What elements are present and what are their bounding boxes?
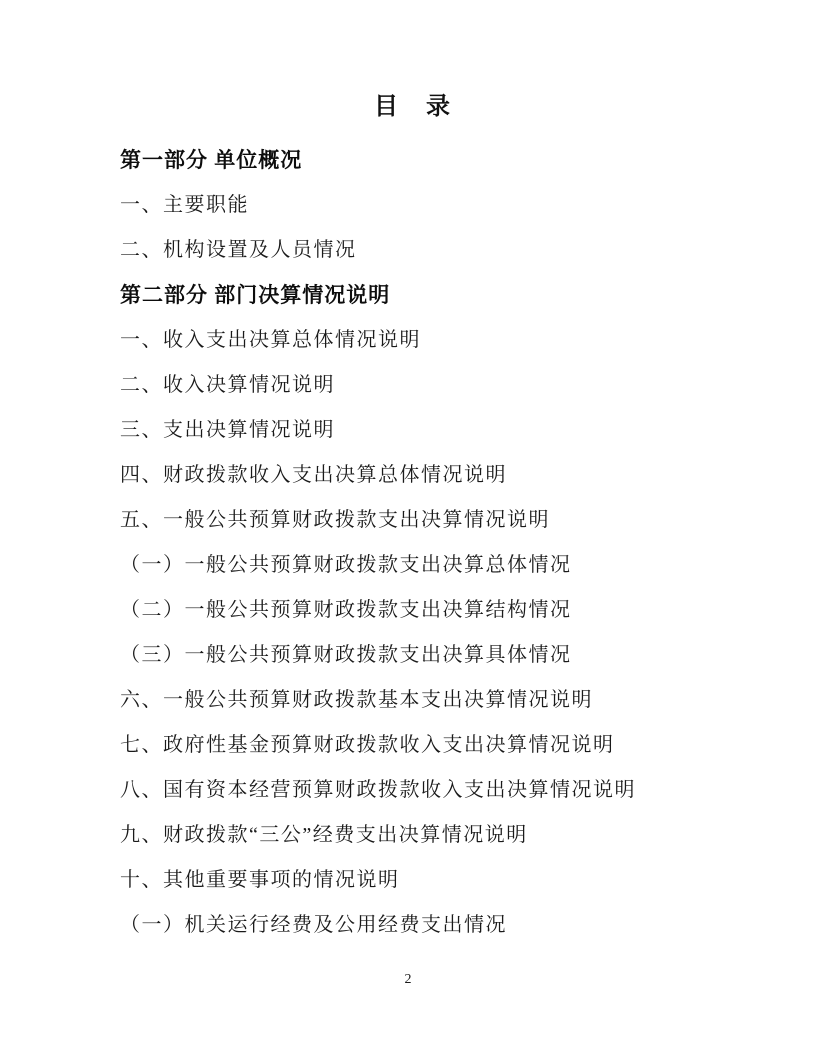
toc-item: 七、政府性基金预算财政拨款收入支出决算情况说明 — [120, 723, 706, 768]
toc-item: 二、机构设置及人员情况 — [120, 228, 706, 273]
toc-item: 十、其他重要事项的情况说明 — [120, 858, 706, 903]
toc-item: （一）机关运行经费及公用经费支出情况 — [120, 903, 706, 948]
document-page: 目 录 第一部分 单位概况 一、主要职能 二、机构设置及人员情况 第二部分 部门… — [0, 0, 816, 1056]
toc-item: 三、支出决算情况说明 — [120, 408, 706, 453]
toc-item: （三）一般公共预算财政拨款支出决算具体情况 — [120, 633, 706, 678]
page-title: 目 录 — [120, 88, 706, 126]
toc-item: 一、主要职能 — [120, 183, 706, 228]
toc-item: 二、收入决算情况说明 — [120, 363, 706, 408]
toc-item: （二）一般公共预算财政拨款支出决算结构情况 — [120, 588, 706, 633]
toc-item: （一）一般公共预算财政拨款支出决算总体情况 — [120, 543, 706, 588]
toc-content: 目 录 第一部分 单位概况 一、主要职能 二、机构设置及人员情况 第二部分 部门… — [120, 88, 706, 948]
toc-item: 六、一般公共预算财政拨款基本支出决算情况说明 — [120, 678, 706, 723]
toc-item: 一、收入支出决算总体情况说明 — [120, 318, 706, 363]
toc-section-heading: 第二部分 部门决算情况说明 — [120, 273, 706, 318]
toc-item: 四、财政拨款收入支出决算总体情况说明 — [120, 453, 706, 498]
toc-section-heading: 第一部分 单位概况 — [120, 138, 706, 183]
page-number: 2 — [0, 972, 816, 988]
toc-item: 八、国有资本经营预算财政拨款收入支出决算情况说明 — [120, 768, 706, 813]
toc-item: 九、财政拨款“三公”经费支出决算情况说明 — [120, 813, 706, 858]
toc-item: 五、一般公共预算财政拨款支出决算情况说明 — [120, 498, 706, 543]
